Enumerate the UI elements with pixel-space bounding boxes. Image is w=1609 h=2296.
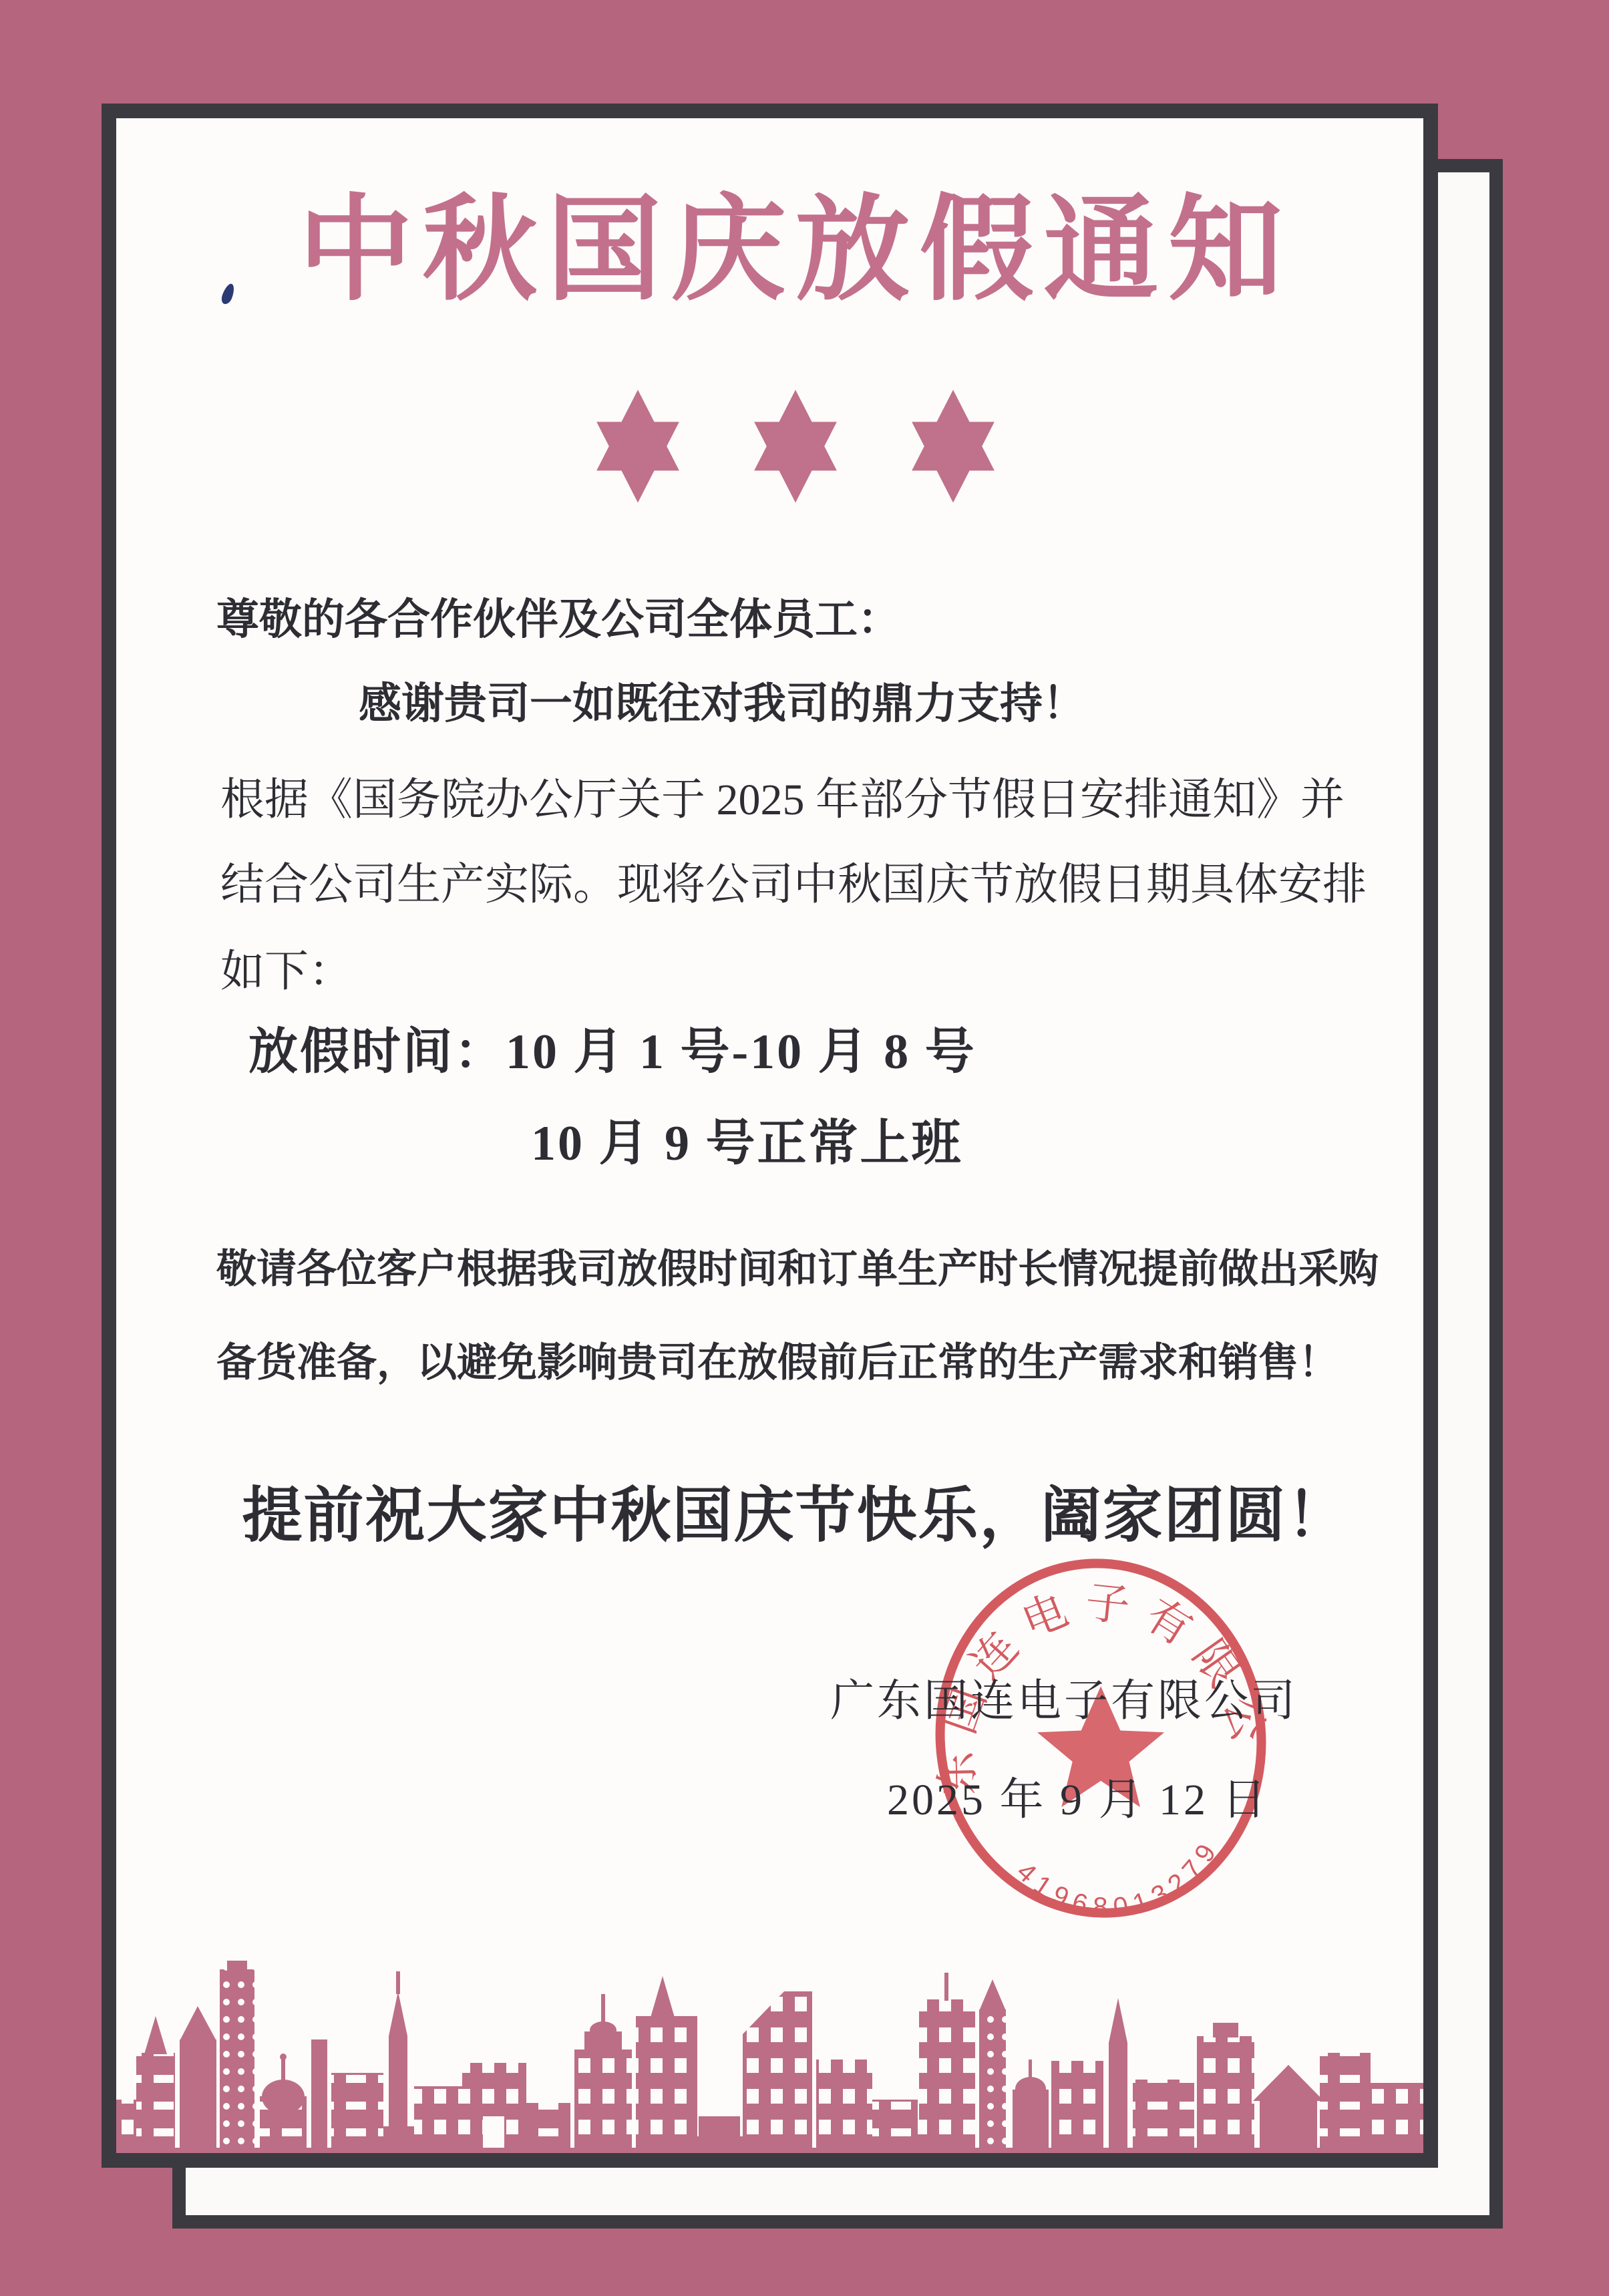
festival-wish-line: 提前祝大家中秋国庆节快乐，阖家团圆！ [102, 1466, 1489, 1553]
greeting-line: 尊敬的各合作伙伴及公司全体员工： [216, 585, 900, 647]
body-line-1: 根据《国务院办公厅关于 2025 年部分节假日安排通知》并 [220, 764, 1345, 827]
city-skyline [116, 1959, 1423, 2153]
company-seal-stamp: 广东国连电子有限公司 4419680132791 [914, 1543, 1288, 1933]
holiday-dates-line: 放假时间：10 月 1 号-10 月 8 号 [248, 1012, 976, 1083]
thanks-line: 感谢贵司一如既往对我司的鼎力支持！ [359, 669, 1085, 731]
star-icon [908, 389, 999, 504]
star-icon [750, 389, 841, 504]
skyline-buildings [116, 1961, 1423, 2153]
customer-notice-line-2: 备货准备，以避免影响贵司在放假前后正常的生产需求和销售！ [216, 1331, 1338, 1388]
scanned-holiday-notice: { "notice": { "title": "中秋国庆放假通知", "gree… [0, 0, 1609, 2296]
signature-company: 广东国连电子有限公司 [830, 1665, 1298, 1728]
back-to-work-line: 10 月 9 号正常上班 [531, 1104, 963, 1174]
star-row [102, 389, 1489, 504]
body-line-3: 如下： [220, 935, 353, 999]
page-title: 中秋国庆放假通知 [102, 192, 1489, 307]
customer-notice-line-1: 敬请各位客户根据我司放假时间和订单生产时长情况提前做出采购 [216, 1237, 1379, 1295]
body-line-2: 结合公司生产实际。现将公司中秋国庆节放假日期具体安排 [220, 848, 1367, 912]
signature-date: 2025 年 9 月 12 日 [887, 1764, 1269, 1827]
star-icon [592, 389, 683, 504]
